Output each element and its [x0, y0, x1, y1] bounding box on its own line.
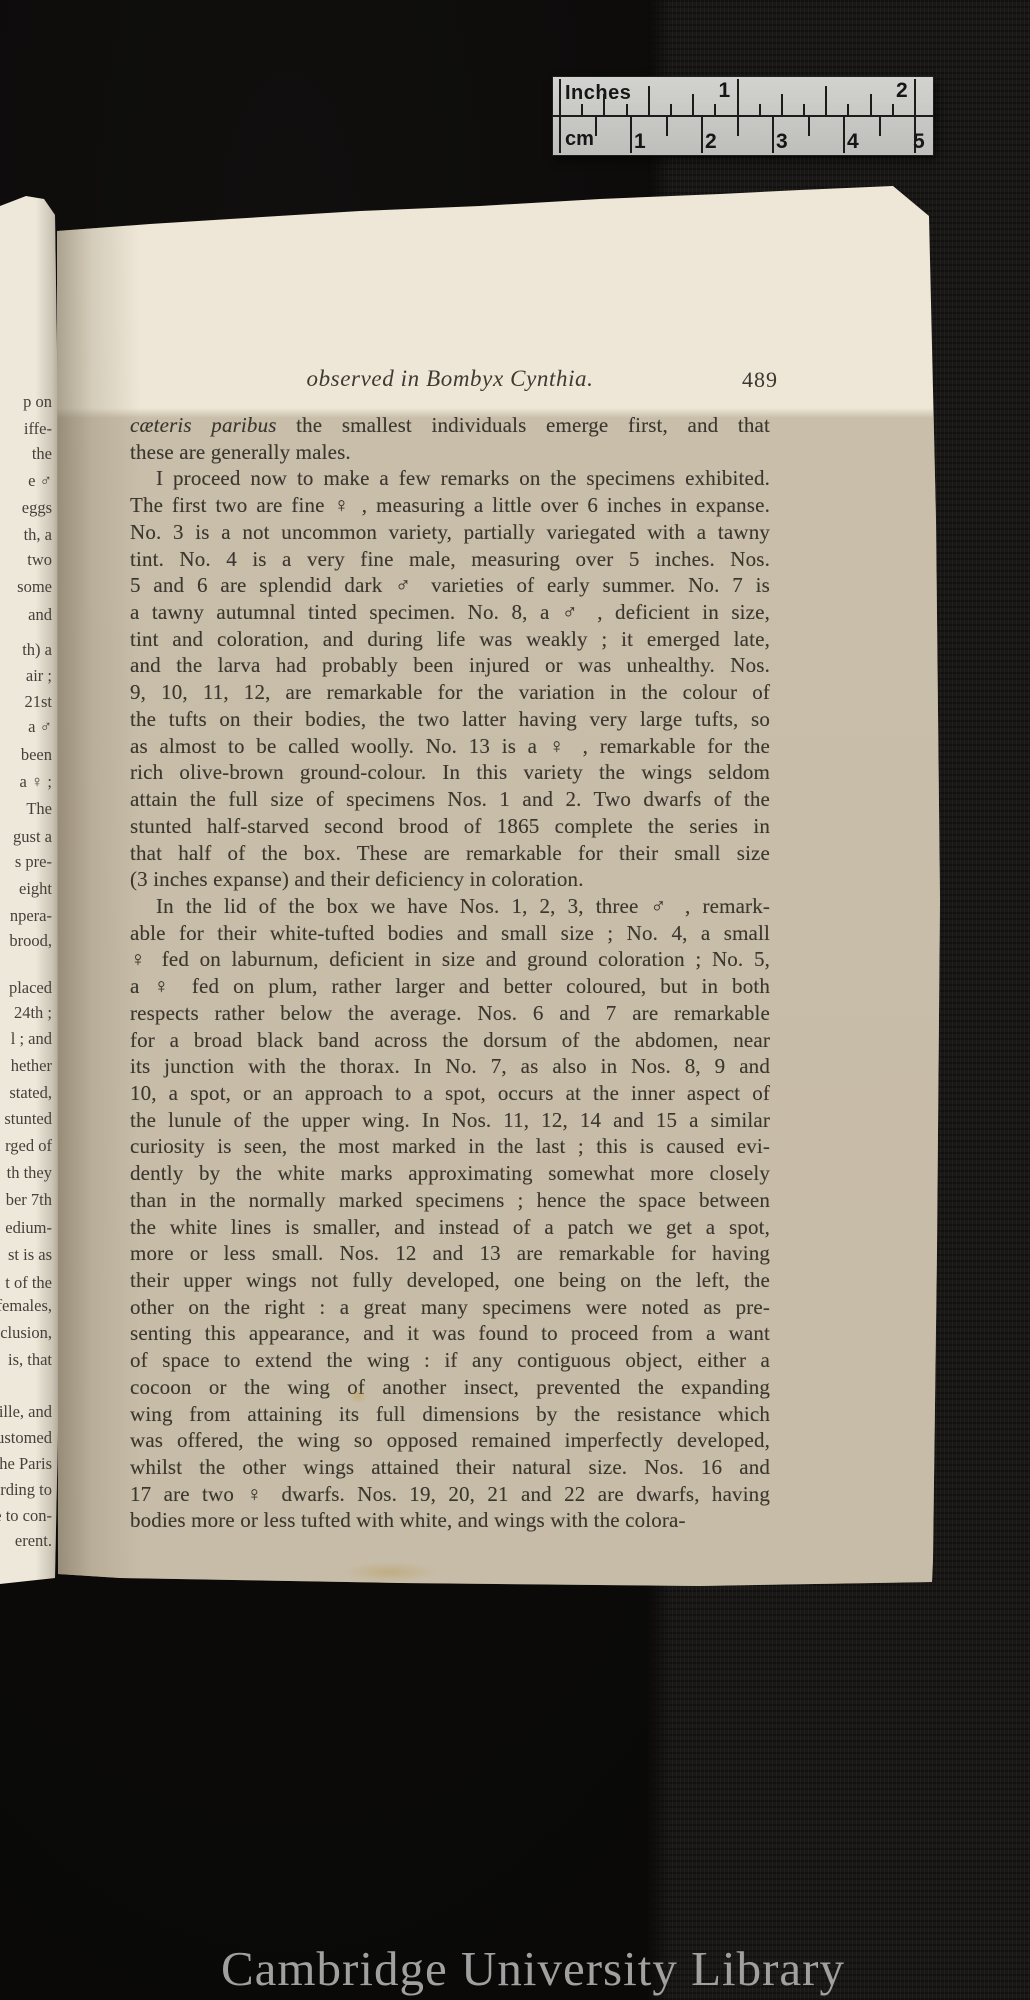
- scanned-book-photograph: Inches cm 1212345 p oniffe-thee ♂eggsth,…: [0, 0, 1030, 2000]
- library-watermark: Cambridge University Library: [18, 1940, 1030, 1997]
- facing-page-fragment: hether: [11, 1056, 52, 1076]
- text-line: the lunule of the upper wing. In Nos. 11…: [130, 1107, 770, 1134]
- facing-page-fragment: customed: [0, 1428, 52, 1448]
- text-line: dently by the white marks approximating …: [130, 1160, 770, 1187]
- running-title: observed in Bombyx Cynthia.: [130, 366, 770, 392]
- text-line: senting this appearance, and it was foun…: [130, 1320, 770, 1347]
- facing-page-fragment: erent.: [15, 1531, 52, 1551]
- page-header-row: observed in Bombyx Cynthia. 489: [130, 366, 770, 400]
- text-line: these are generally males.: [130, 439, 770, 466]
- ruler-tick: [595, 117, 597, 136]
- facing-page-fragment: The: [26, 799, 52, 819]
- text-line: that half of the box. These are remarkab…: [130, 840, 770, 867]
- ruler-cm-label: cm: [565, 128, 594, 151]
- body-text: cæteris paribus the smallest individuals…: [130, 412, 770, 1534]
- text-line: the tufts on their bodies, the two latte…: [130, 706, 770, 733]
- text-line: ♀ fed on laburnum, deficient in size and…: [130, 946, 770, 973]
- ruler-tick: [603, 94, 605, 115]
- ruler-tick: [630, 117, 632, 153]
- text-line: tint and coloration, and during life was…: [130, 626, 770, 653]
- facing-page-fragment: two: [27, 550, 52, 570]
- text-line: 9, 10, 11, 12, are remarkable for the va…: [130, 679, 770, 706]
- ruler-tick: [648, 86, 650, 115]
- text-line: wing from attaining its full dimensions …: [130, 1401, 770, 1428]
- text-line: able for their white-tufted bodies and s…: [130, 920, 770, 947]
- ruler-tick: [714, 104, 716, 115]
- text-line: for a broad black band across the dorsum…: [130, 1027, 770, 1054]
- facing-page-fragment: gust a: [13, 827, 52, 847]
- measurement-ruler: Inches cm 1212345: [553, 77, 933, 155]
- facing-page-fragment: ber 7th: [6, 1190, 52, 1210]
- facing-page-fragment: the: [32, 444, 52, 464]
- ruler-number: 3: [776, 130, 788, 154]
- ruler-tick: [559, 79, 561, 115]
- facing-page-fragment: ville, and: [0, 1402, 52, 1422]
- facing-page-fragment: s pre-: [15, 852, 52, 872]
- ruler-number: 4: [847, 130, 859, 154]
- text-line: other on the right : a great many specim…: [130, 1294, 770, 1321]
- text-line: the white lines is smaller, and instead …: [130, 1214, 770, 1241]
- facing-page-fragment: l ; and: [11, 1029, 52, 1049]
- facing-page-fragment: 24th ;: [14, 1003, 52, 1023]
- ruler-tick: [879, 117, 881, 136]
- text-line: as almost to be called woolly. No. 13 is…: [130, 733, 770, 760]
- text-line: their upper wings not fully developed, o…: [130, 1267, 770, 1294]
- facing-page-fragment: p on: [23, 392, 52, 412]
- facing-page-fragment: rged of: [5, 1136, 52, 1156]
- facing-page-fragment: e ♂: [28, 471, 52, 491]
- facing-page-fragment: females,: [0, 1296, 52, 1316]
- ruler-tick: [737, 117, 739, 136]
- text-line: 5 and 6 are splendid dark ♂ varieties of…: [130, 572, 770, 599]
- ruler-tick: [772, 117, 774, 153]
- facing-page-fragment: st is as: [8, 1245, 52, 1265]
- text-line: tint. No. 4 is a very fine male, measuri…: [130, 546, 770, 573]
- facing-page-fragment: eight: [19, 879, 52, 899]
- text-line: I proceed now to make a few remarks on t…: [130, 465, 770, 492]
- facing-page-fragment: stunted: [4, 1109, 52, 1129]
- ruler-tick: [808, 117, 810, 136]
- facing-page-fragment: th they: [7, 1163, 52, 1183]
- ruler-tick: [914, 79, 916, 115]
- text-line: cocoon or the wing of another insect, pr…: [130, 1374, 770, 1401]
- paper-stain: [348, 1388, 368, 1404]
- ruler-tick: [692, 94, 694, 115]
- text-line: and the larva had probably been injured …: [130, 652, 770, 679]
- ruler-tick: [892, 104, 894, 115]
- text-line: attain the full size of specimens Nos. 1…: [130, 786, 770, 813]
- paper-stain: [345, 1562, 435, 1582]
- text-line: whilst the other wings attained their na…: [130, 1454, 770, 1481]
- facing-page-fragment: placed: [9, 978, 52, 998]
- ruler-tick: [825, 86, 827, 115]
- facing-page-fragment: brood,: [9, 931, 52, 951]
- text-line: a tawny autumnal tinted specimen. No. 8,…: [130, 599, 770, 626]
- text-line: its junction with the thorax. In No. 7, …: [130, 1053, 770, 1080]
- facing-page-fragment: is, that: [8, 1350, 52, 1370]
- text-line: cæteris paribus the smallest individuals…: [130, 412, 770, 439]
- text-line: was offered, the wing so opposed remaine…: [130, 1427, 770, 1454]
- text-line: 10, a spot, or an approach to a spot, oc…: [130, 1080, 770, 1107]
- text-line: In the lid of the box we have Nos. 1, 2,…: [130, 893, 770, 920]
- ruler-tick: [581, 104, 583, 115]
- facing-page-fragment: le to con-: [0, 1506, 52, 1526]
- ruler-tick: [781, 94, 783, 115]
- text-line: respects rather below the average. Nos. …: [130, 1000, 770, 1027]
- facing-page-fragment: edium-: [5, 1218, 52, 1238]
- facing-page-fragment: the Paris: [0, 1454, 52, 1474]
- ruler-number: 2: [896, 79, 908, 103]
- text-line: a ♀ fed on plum, rather larger and bette…: [130, 973, 770, 1000]
- facing-page-fragment: air ;: [26, 666, 52, 686]
- ruler-number: 5: [913, 130, 925, 154]
- ruler-tick: [847, 104, 849, 115]
- ruler-midline: [553, 115, 933, 117]
- text-line: stunted half-starved second brood of 186…: [130, 813, 770, 840]
- facing-page-fragment: and: [28, 605, 52, 625]
- facing-page-fragment: a ♂: [28, 717, 52, 737]
- ruler-tick: [626, 104, 628, 115]
- ruler-tick: [559, 117, 561, 153]
- text-line: No. 3 is a not uncommon variety, partial…: [130, 519, 770, 546]
- facing-page-fragment: some: [17, 577, 52, 597]
- ruler-number: 1: [634, 130, 646, 154]
- ruler-number: 1: [719, 79, 731, 103]
- text-line: (3 inches expanse) and their deficiency …: [130, 866, 770, 893]
- ruler-tick: [759, 104, 761, 115]
- facing-page-fragment: eggs: [22, 498, 52, 518]
- ruler-tick: [666, 117, 668, 136]
- facing-page-fragment: npera-: [10, 906, 52, 926]
- facing-page-edge: [0, 0, 64, 2000]
- text-line: curiosity is seen, the most marked in th…: [130, 1133, 770, 1160]
- text-line: The first two are fine ♀ , measuring a l…: [130, 492, 770, 519]
- facing-page-fragment: been: [21, 745, 52, 765]
- ruler-tick: [737, 79, 739, 115]
- ruler-tick: [670, 104, 672, 115]
- ruler-tick: [870, 94, 872, 115]
- facing-page-fragment: iffe-: [24, 419, 52, 439]
- ruler-number: 2: [705, 130, 717, 154]
- facing-page-fragment: ording to: [0, 1480, 52, 1500]
- facing-page-fragment: th) a: [22, 640, 52, 660]
- facing-page-fragment: th, a: [24, 525, 52, 545]
- facing-page-fragment: stated,: [9, 1083, 52, 1103]
- text-line: than in the normally marked specimens ; …: [130, 1187, 770, 1214]
- ruler-tick: [843, 117, 845, 153]
- text-line: bodies more or less tufted with white, a…: [130, 1507, 770, 1534]
- facing-page-fragment: t of the: [5, 1273, 52, 1293]
- ruler-tick: [803, 104, 805, 115]
- text-line: of space to extend the wing : if any con…: [130, 1347, 770, 1374]
- ruler-tick: [701, 117, 703, 153]
- facing-page-fragment: a ♀ ;: [19, 772, 52, 792]
- ruler-inches-label: Inches: [565, 82, 631, 105]
- text-line: 17 are two ♀ dwarfs. Nos. 19, 20, 21 and…: [130, 1481, 770, 1508]
- text-line: more or less small. Nos. 12 and 13 are r…: [130, 1240, 770, 1267]
- facing-page-fragment: 21st: [24, 692, 52, 712]
- facing-page-fragment: clusion,: [0, 1323, 52, 1343]
- page-number: 489: [742, 367, 778, 393]
- text-line: rich olive-brown ground-colour. In this …: [130, 759, 770, 786]
